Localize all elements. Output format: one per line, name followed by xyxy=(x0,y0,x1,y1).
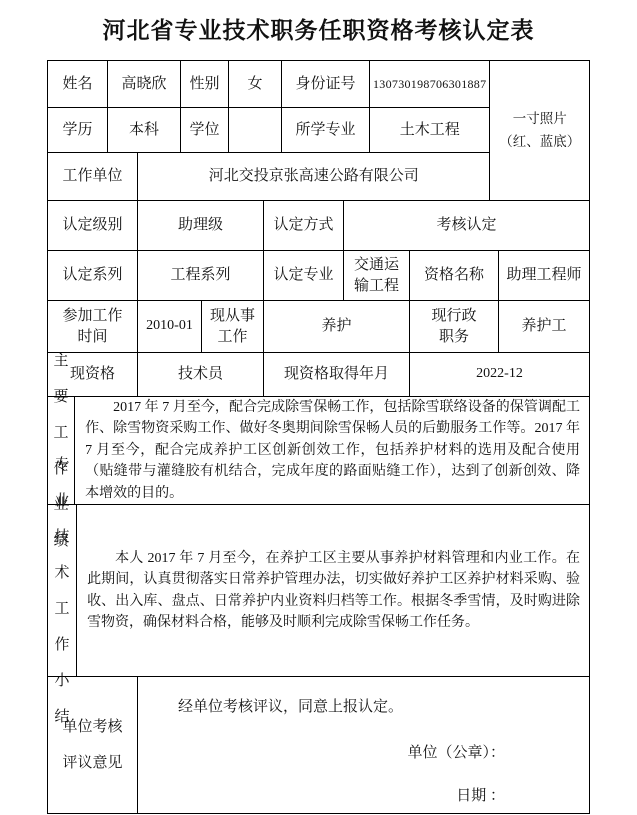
admin-post-label: 现行政 职务 xyxy=(410,301,499,353)
page-title: 河北省专业技术职务任职资格考核认定表 xyxy=(0,12,637,45)
achievements-cell: 2017 年 7 月至今，配合完成除雪保畅工作，包括除雪联络设备的保管调配工作、… xyxy=(75,397,590,505)
major-label: 所学专业 xyxy=(282,108,370,153)
qual-date-label: 现资格取得年月 xyxy=(264,353,410,397)
row-summary: 专业技术 工作小结 本人 2017 年 7 月至今，在养护工区主要从事养护材料管… xyxy=(48,505,590,677)
series-value: 工程系列 xyxy=(138,251,264,301)
qual-date-value: 2022-12 xyxy=(410,353,590,397)
review-cell: 经单位考核评议，同意上报认定。 单位（公章）： 日期 ： xyxy=(138,677,590,814)
current-qual-value: 技术员 xyxy=(138,353,264,397)
name-value: 高晓欣 xyxy=(108,61,181,108)
summary-cell: 本人 2017 年 7 月至今，在养护工区主要从事养护材料管理和内业工作。在此期… xyxy=(77,505,590,677)
date-label: 日期 ： xyxy=(138,786,589,806)
photo-placeholder: 一寸照片 （红、蓝底） xyxy=(490,61,590,201)
method-value: 考核认定 xyxy=(344,201,590,251)
qualification-form-table: 姓名 高晓欣 性别 女 身份证号 130730198706301887 学历 本… xyxy=(47,60,590,814)
id-value: 130730198706301887 xyxy=(370,61,490,108)
method-label: 认定方式 xyxy=(264,201,344,251)
employer-label: 工作单位 xyxy=(48,153,138,201)
form-page: 河北省专业技术职务任职资格考核认定表 姓名 高晓欣 性别 女 身份证号 1307… xyxy=(0,0,637,815)
id-label: 身份证号 xyxy=(282,61,370,108)
level-value: 助理级 xyxy=(138,201,264,251)
employer-value: 河北交投京张高速公路有限公司 xyxy=(138,153,490,201)
major-value: 土木工程 xyxy=(370,108,490,153)
admin-post-value: 养护工 xyxy=(499,301,590,353)
name-label: 姓名 xyxy=(48,61,108,108)
education-value: 本科 xyxy=(108,108,181,153)
series-label: 认定系列 xyxy=(48,251,138,301)
row-achievements: 主要工作 业绩 2017 年 7 月至今，配合完成除雪保畅工作，包括除雪联络设备… xyxy=(48,397,590,505)
qual-name-label: 资格名称 xyxy=(410,251,499,301)
row-education-major: 学历 本科 学位 所学专业 土木工程 xyxy=(48,108,490,153)
degree-label: 学位 xyxy=(181,108,229,153)
qual-name-value: 助理工程师 xyxy=(499,251,590,301)
summary-text: 本人 2017 年 7 月至今，在养护工区主要从事养护材料管理和内业工作。在此期… xyxy=(87,548,580,634)
current-job-value: 养护 xyxy=(264,301,410,353)
header-rowgroup: 姓名 高晓欣 性别 女 身份证号 130730198706301887 学历 本… xyxy=(48,61,590,201)
row-workstart-job: 参加工作 时间 2010-01 现从事 工作 养护 现行政 职务 养护工 xyxy=(48,301,590,353)
review-label: 单位考核 评议意见 xyxy=(48,677,138,814)
summary-label: 专业技术 工作小结 xyxy=(48,505,77,677)
unit-seal-label: 单位（公章）： xyxy=(138,743,589,763)
cert-major-value: 交通运 输工程 xyxy=(344,251,410,301)
cert-major-label: 认定专业 xyxy=(264,251,344,301)
work-start-value: 2010-01 xyxy=(138,301,202,353)
degree-value xyxy=(229,108,282,153)
row-employer: 工作单位 河北交投京张高速公路有限公司 xyxy=(48,153,490,201)
row-series-qualname: 认定系列 工程系列 认定专业 交通运 输工程 资格名称 助理工程师 xyxy=(48,251,590,301)
row-level-method: 认定级别 助理级 认定方式 考核认定 xyxy=(48,201,590,251)
row-current-qualification: 现资格 技术员 现资格取得年月 2022-12 xyxy=(48,353,590,397)
level-label: 认定级别 xyxy=(48,201,138,251)
row-name-gender-id: 姓名 高晓欣 性别 女 身份证号 130730198706301887 xyxy=(48,61,490,108)
achievements-text: 2017 年 7 月至今，配合完成除雪保畅工作，包括除雪联络设备的保管调配工作、… xyxy=(85,397,580,505)
gender-value: 女 xyxy=(229,61,282,108)
row-review-opinion: 单位考核 评议意见 经单位考核评议，同意上报认定。 单位（公章）： 日期 ： xyxy=(48,677,590,814)
gender-label: 性别 xyxy=(181,61,229,108)
current-job-label: 现从事 工作 xyxy=(202,301,264,353)
review-text: 经单位考核评议，同意上报认定。 xyxy=(148,697,579,717)
education-label: 学历 xyxy=(48,108,108,153)
